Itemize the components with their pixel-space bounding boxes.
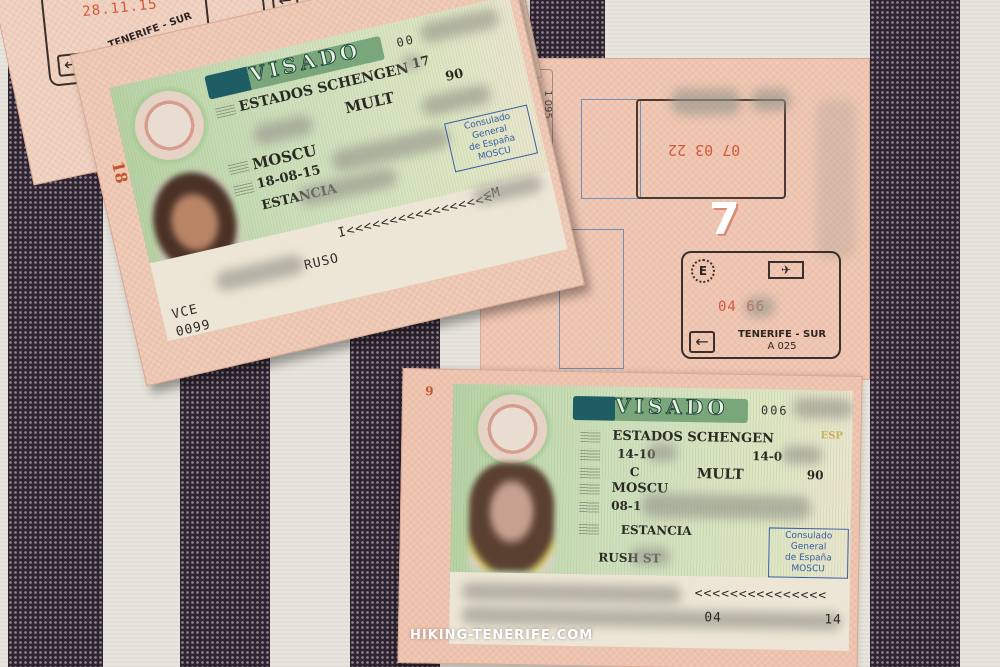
consulate-line: MOSCU [771,563,845,575]
redacted-area [462,582,682,604]
redacted-area [793,398,853,419]
valid-for: ESTADOS SCHENGEN [612,429,774,447]
visa-title: VISADO [615,394,729,420]
redacted-area [418,7,500,44]
duration-of-stay: 90 [807,468,824,482]
visa-emblem [472,388,553,469]
redacted-area [329,125,451,173]
stamp-date: 07 03 22 [668,141,740,159]
field-label [227,159,249,175]
visa-number: 00 [395,32,416,50]
stamp-code: A 025 [727,341,837,353]
country-code: ESP [820,430,843,441]
field-label [580,448,600,460]
schengen-visa-sticker: VISADO 00 ESTADOS SCHENGEN 17 MULT 90 MO… [109,0,567,341]
mrz-line: I<<<<<<<<<<<<<<<<< [336,191,494,241]
blue-stamp-frame [581,99,641,199]
redacted-area [630,547,670,566]
stamp-date: 28.11.15 [82,0,159,20]
stamp-place-name: TENERIFE - SUR [727,329,837,341]
redacted-area [782,446,822,465]
number-of-entries: MULT [343,88,396,117]
passport-page-visa-bottom: 6 VISADO 006 ESP ESTADOS SCHENGEN 14-10 … [397,368,862,667]
redacted-area [214,253,306,293]
mrz-line: 14 [824,612,842,627]
field-label [579,500,599,512]
visa-number: 006 [761,403,789,417]
consulate-stamp: Consulado General de España MOSCU [768,527,849,578]
consulate-stamp: Consulado General de España MOSCU [444,105,538,173]
duration-of-stay: 90 [444,66,465,85]
field-label [232,180,254,196]
redacted-area [461,606,841,631]
redacted-area [420,83,493,118]
number-of-entries: MULT [697,466,744,483]
page-number: 6 [425,383,434,397]
mrz-line: <<<<<<<<<<<<<<< [695,586,828,603]
redacted-area [647,443,677,462]
consulate-line: Consulado General [771,530,845,553]
redacted-area [641,493,811,520]
field-label [579,522,599,534]
exit-arrow-icon: ← [689,331,715,353]
visa-type: C [630,465,640,479]
tenerife-sur-entry-stamp: E ✈ 04 66 ← TENERIFE - SUR A 025 [681,251,841,359]
redacted-area [816,99,856,259]
eu-stars-icon: E [691,259,715,283]
valid-until: 14-0 [752,449,782,464]
page-mark: 7 [709,194,740,245]
airplane-icon: ✈ [768,261,804,279]
stamp-place: TENERIFE - SUR A 025 [727,329,837,353]
mrz-line: 04 [704,610,722,625]
mrz-line: RUSO [303,251,341,274]
redacted-area [671,89,741,115]
redacted-area [252,113,315,146]
schengen-visa-sticker: VISADO 006 ESP ESTADOS SCHENGEN 14-10 14… [449,384,853,651]
field-label [580,430,600,442]
redacted-area [745,297,775,317]
field-label [214,102,236,118]
field-label [580,466,600,478]
redacted-area [751,89,791,111]
holder-photo-blurred [468,462,555,571]
field-label [579,482,599,494]
remarks: ESTANCIA [621,523,692,538]
visa-emblem [121,77,217,173]
issue-date: 08-1 [611,499,641,514]
site-watermark: HIKING-TENERIFE.COM [410,628,593,643]
dark-fabric-stripe [870,0,960,667]
redacted-area [471,173,543,206]
